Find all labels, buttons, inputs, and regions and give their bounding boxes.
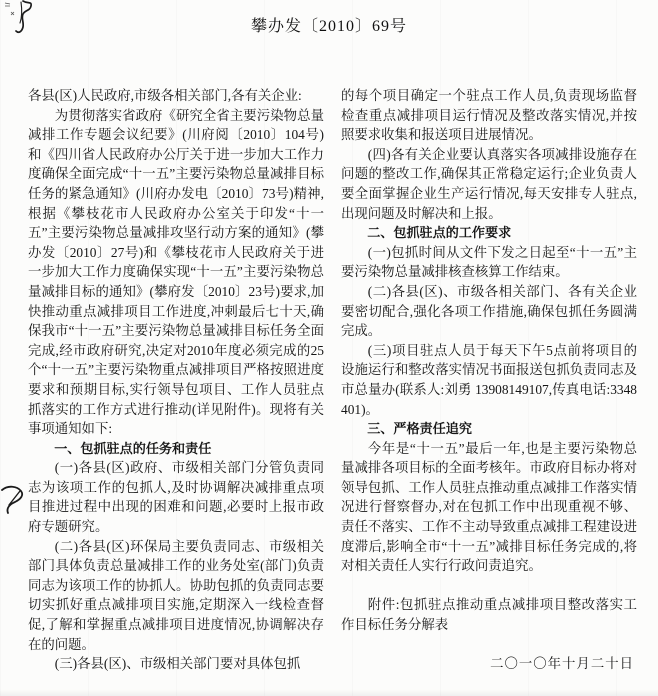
document-number: 攀办发〔2010〕69号 (0, 13, 658, 36)
paragraph: 为贯彻落实省政府《研究全省主要污染物总量减排工作专题会议纪要》(川府阅〔2010… (28, 106, 324, 439)
ink-squiggle-left-margin-icon (0, 481, 30, 521)
section-heading: 二、包抓驻点的工作要求 (341, 223, 637, 243)
paragraph: (三)项目驻点人员于每天下午5点前将项目的设施运行和整改落实情况书面报送包抓负责… (341, 341, 637, 419)
paragraph: 今年是“十一五”最后一年,也是主要污染物总量减排各项目标的全面考核年。市政府目标… (341, 439, 637, 576)
document-body: 各县(区)人民政府,市级各相关部门,各有关企业:为贯彻落实省政府《研究全省主要污… (28, 86, 637, 674)
paragraph: (一)各县(区)政府、市级相关部门分管负责同志为该项工作的包抓人,及时协调解决减… (28, 458, 324, 536)
paragraph: (三)各县(区)、市级相关部门要对具体包抓 (28, 654, 324, 674)
paragraph: (二)各县(区)环保局主要负责同志、市级相关部门具体负责总量减排工作的业务处室(… (28, 537, 324, 655)
paragraph: (二)各县(区)、市级各相关部门、各有关企业要密切配合,强化各项工作措施,确保包… (341, 282, 637, 341)
document-page: 攀办发〔2010〕69号 各县(区)人民政府,市级各相关部门,各有关企业:为贯彻… (0, 0, 658, 696)
paragraph: (四)各有关企业要认真落实各项减排设施存在问题的整改工作,确保其正常稳定运行;企… (341, 145, 637, 223)
attachment-line: 附件:包抓驻点推动重点减排项目整改落实工作目标任务分解表 (341, 595, 637, 634)
paragraph: (一)包抓时间从文件下发之日起至“十一五”主要污染物总量减排核查核算工作结束。 (341, 243, 637, 282)
right-column: 的每个项目确定一个驻点工作人员,负责现场监督检查重点减排项目运行情况及整改落实情… (341, 86, 637, 674)
section-heading: 三、严格责任追究 (341, 419, 637, 439)
paragraph: 的每个项目确定一个驻点工作人员,负责现场监督检查重点减排项目运行情况及整改落实情… (341, 86, 637, 145)
salutation-line: 各县(区)人民政府,市级各相关部门,各有关企业: (28, 86, 324, 106)
date-line: 二〇一〇年十月二十日 (341, 654, 637, 674)
left-column: 各县(区)人民政府,市级各相关部门,各有关企业:为贯彻落实省政府《研究全省主要污… (28, 86, 324, 674)
section-heading: 一、包抓驻点的任务和责任 (28, 439, 324, 459)
